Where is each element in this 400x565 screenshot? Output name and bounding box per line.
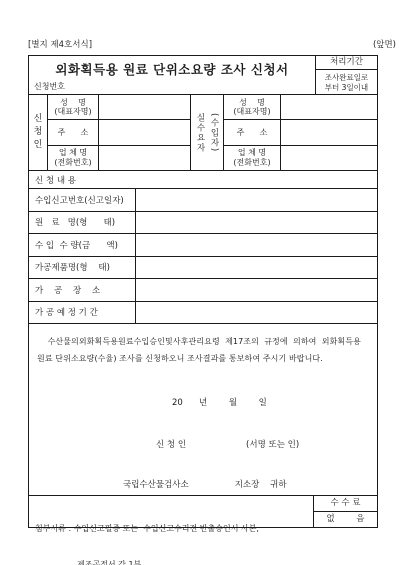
scanned-form-page: [별지 제4호서식] (앞면) 외화획득용 원료 단위소요량 조사 신청서 신청…: [0, 0, 400, 565]
details-section-label: 신 청 내 용: [29, 171, 377, 189]
material-name-field: [136, 212, 377, 234]
applicant-name-field: [99, 95, 190, 120]
end-user-address-field: [281, 120, 377, 145]
import-quantity-label: 수 입 수 량(금 액): [29, 234, 136, 256]
importer-vertical-sublabel: (수입자): [208, 113, 220, 153]
form-ref: [별지 제4호서식]: [28, 38, 92, 50]
signature-line: 신 청 인 (서명 또는 인): [29, 438, 377, 450]
form-header-line: [별지 제4호서식] (앞면): [28, 38, 396, 50]
page-side-note: (앞면): [373, 38, 396, 50]
end-user-values-column: [281, 95, 377, 170]
processing-place-label: 가 공 장 소: [29, 279, 136, 301]
addressee-line: 국립수산물검사소 지소장 귀하: [29, 478, 377, 490]
detail-row-processing-period: 가 공 예 정 기 간: [29, 302, 377, 325]
import-declaration-field: [136, 189, 377, 211]
processing-place-field: [136, 279, 377, 301]
applicant-labels-column: 성 명 (대표자명) 주 소 업 체 명 (전화번호): [48, 95, 99, 170]
detail-row-import-declaration: 수입신고번호(신고일자): [29, 189, 377, 212]
date-line: 20 년 월 일: [29, 396, 377, 408]
end-user-company-field: [281, 146, 377, 170]
material-name-label: 원 료 명(형 태): [29, 212, 136, 234]
parties-block: 신 청 인 성 명 (대표자명) 주 소 업 체 명 (전화번호) 실수요자 (…: [29, 95, 377, 171]
applicant-name-label: 성 명 (대표자명): [48, 95, 98, 120]
fee-cell: 수 수 료 없 음: [314, 496, 377, 527]
import-declaration-label: 수입신고번호(신고일자): [29, 189, 136, 211]
addressee-title: 지소장 귀하: [235, 478, 287, 490]
attachments-line1: 첨부서류 : 수입신고필증 또는 수입신고수리전 반출승인서 사본,: [35, 523, 313, 535]
application-number-label: 신청번호: [34, 81, 65, 92]
end-user-vertical-label: 실수요자: [194, 113, 206, 153]
end-user-group-label: 실수요자 (수입자): [191, 95, 224, 170]
attachments-line2: 제조공정서 각 1부.: [77, 559, 313, 565]
processing-period-field: [136, 302, 377, 324]
applicant-company-label: 업 체 명 (전화번호): [48, 146, 98, 170]
detail-row-material-name: 원 료 명(형 태): [29, 212, 377, 235]
statement-area: 수산물의외화획득용원료수입승인및사후관리요령 제17조의 규정에 의하여 외화획…: [29, 324, 377, 495]
end-user-labels-column: 성 명 (대표자명) 주 소 업 체 명 (전화번호): [224, 95, 281, 170]
attachments-row: 첨부서류 : 수입신고필증 또는 수입신고수리전 반출승인서 사본, 제조공정서…: [29, 495, 377, 527]
detail-row-product-name: 가공제품명(형 태): [29, 257, 377, 280]
processing-period-value: 조사완료일로 부터 3일이내: [316, 70, 377, 94]
form-title: 외화획득용 원료 단위소요량 조사 신청서: [29, 60, 315, 78]
product-name-label: 가공제품명(형 태): [29, 257, 136, 279]
statement-paragraph: 수산물의외화획득용원료수입승인및사후관리요령 제17조의 규정에 의하여 외화획…: [37, 333, 371, 367]
end-user-name-field: [281, 95, 377, 120]
title-cell: 외화획득용 원료 단위소요량 조사 신청서 신청번호: [29, 56, 316, 94]
end-user-name-label: 성 명 (대표자명): [224, 95, 280, 120]
applicant-group-label: 신 청 인: [29, 95, 48, 170]
detail-row-processing-place: 가 공 장 소: [29, 279, 377, 302]
form-table: 외화획득용 원료 단위소요량 조사 신청서 신청번호 처리기간 조사완료일로 부…: [28, 55, 378, 528]
addressee-organization: 국립수산물검사소: [123, 478, 189, 490]
sign-or-seal-note: (서명 또는 인): [246, 438, 299, 450]
detail-row-import-quantity: 수 입 수 량(금 액): [29, 234, 377, 257]
import-quantity-field: [136, 234, 377, 256]
fee-label: 수 수 료: [314, 496, 377, 512]
applicant-sign-label: 신 청 인: [156, 438, 186, 450]
applicant-address-label: 주 소: [48, 120, 98, 145]
applicant-company-field: [99, 146, 190, 170]
title-row: 외화획득용 원료 단위소요량 조사 신청서 신청번호 처리기간 조사완료일로 부…: [29, 56, 377, 95]
applicant-values-column: [99, 95, 191, 170]
processing-period-cell: 처리기간 조사완료일로 부터 3일이내: [316, 56, 377, 94]
processing-period-row-label: 가 공 예 정 기 간: [29, 302, 136, 324]
product-name-field: [136, 257, 377, 279]
end-user-address-label: 주 소: [224, 120, 280, 145]
end-user-company-label: 업 체 명 (전화번호): [224, 146, 280, 170]
processing-period-label: 처리기간: [316, 56, 377, 70]
fee-value: 없 음: [314, 512, 377, 527]
applicant-address-field: [99, 120, 190, 145]
attachments-cell: 첨부서류 : 수입신고필증 또는 수입신고수리전 반출승인서 사본, 제조공정서…: [29, 496, 314, 527]
